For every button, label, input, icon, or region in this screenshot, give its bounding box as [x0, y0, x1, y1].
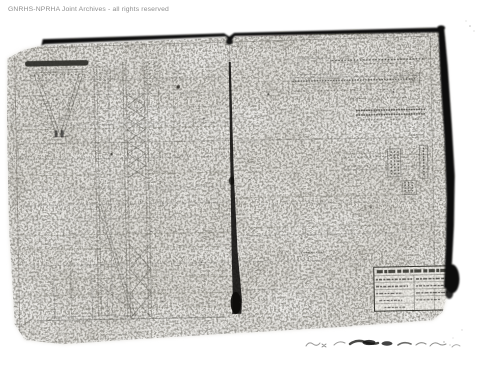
handwritten-note [306, 340, 460, 347]
title-block [374, 266, 455, 312]
scanned-drawing [0, 0, 480, 369]
drawing-sheet [3, 24, 461, 347]
